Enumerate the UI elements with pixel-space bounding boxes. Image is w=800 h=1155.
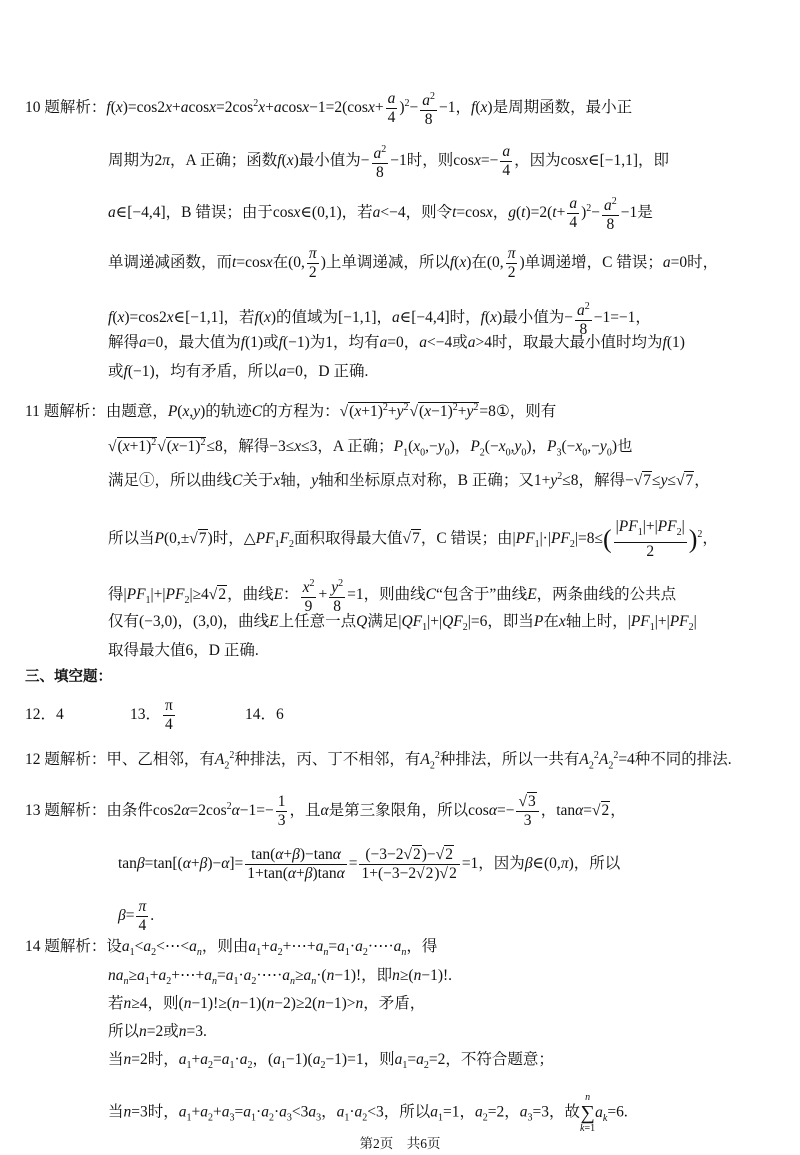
q11-line-6: 仅有(−3,0)，(3,0)，曲线E上任意一点Q满足|QF1|+|QF2|=6，… <box>108 612 697 638</box>
q14-line-6: 当n=3时，a1+a2+a3=a1·a2·a3<3a3，a1·a2<3，所以a1… <box>108 1092 628 1134</box>
q10-line-1: 10 题解析：f(x)=cos2x+acosx=2cos2x+acosx−1=2… <box>25 88 632 129</box>
answer-13: 13．π4 <box>130 697 177 734</box>
q11-line-5: 得|PF1|+|PF2|≥4√2，曲线E：x29+y28=1，则曲线C“包含于”… <box>108 575 676 616</box>
q10-line-3: a∈[−4,4]，B 错误；由于cosx∈(0,1)，若a<−4，则令t=cos… <box>108 193 653 234</box>
q11-line-2: √(x+1)2√(x−1)2≤8，解得−3≤x≤3，A 正确；P1(x0,−y0… <box>108 433 632 463</box>
q10-label: 10 题解析： <box>25 99 106 116</box>
q14-line-3: 若n≥4，则(n−1)!≥(n−1)(n−2)≥2(n−1)>n，矛盾， <box>108 994 425 1014</box>
page-footer: 第2页 共6页 <box>0 1132 800 1152</box>
q11-line-4: 所以当P(0,±√7)时，△PF1F2面积取得最大值√7，C 错误；由|PF1|… <box>108 518 718 561</box>
q13-line-2: tanβ=tan[(α+β)−α]=tan(α+β)−tanα1+tan(α+β… <box>118 846 620 883</box>
answer-14: 14．6 <box>245 705 284 725</box>
q11-line-7: 取得最大值6，D 正确. <box>108 641 259 661</box>
q10-line-2: 周期为2π，A 正确；函数f(x)最小值为−a28−1时，则cosx=−a4，因… <box>108 141 669 182</box>
answer-12: 12．4 <box>25 705 64 725</box>
q13-line-1: 13 题解析：由条件cos2α=2cos2α−1=−13，且α是第三象限角，所以… <box>25 793 626 830</box>
q14-line-4: 所以n=2或n=3. <box>108 1022 207 1042</box>
q10-line-4: 单调递减函数，而t=cosx在(0,π2)上单调递减，所以f(x)在(0,π2)… <box>108 245 718 282</box>
q13-label: 13 题解析： <box>25 802 106 819</box>
q13-line-3: β=π4. <box>118 898 154 935</box>
q14-line-5: 当n=2时，a1+a2=a1·a2，(a1−1)(a2−1)=1，则a1=a2=… <box>108 1050 554 1076</box>
q12-label: 12 题解析： <box>25 751 106 768</box>
section-title-fill-in: 三、填空题： <box>25 667 112 687</box>
q14-label: 14 题解析： <box>25 938 106 955</box>
q14-line-1: 14 题解析：设a1<a2<⋯<an，则由a1+a2+⋯+an=a1·a2·⋯·… <box>25 937 437 963</box>
q14-line-2: nan≥a1+a2+⋯+an=a1·a2·⋯·an≥an·(n−1)!，即n≥(… <box>108 966 452 992</box>
q10-line-7: 或f(−1)，均有矛盾，所以a=0，D 正确. <box>108 362 368 382</box>
q10-line-6: 解得a=0，最大值为f(1)或f(−1)为1，均有a=0，a<−4或a>4时，取… <box>108 333 685 353</box>
q11-label: 11 题解析： <box>25 403 106 420</box>
q11-line-1: 11 题解析：由题意，P(x,y)的轨迹C的方程为：√(x+1)2+y2√(x−… <box>25 398 556 422</box>
q12-line-1: 12 题解析：甲、乙相邻，有A22种排法，丙、丁不相邻，有A22种排法，所以一共… <box>25 746 732 776</box>
q11-line-3: 满足①，所以曲线C关于x轴，y轴和坐标原点对称，B 正确；又1+y2≤8，解得−… <box>108 467 710 491</box>
